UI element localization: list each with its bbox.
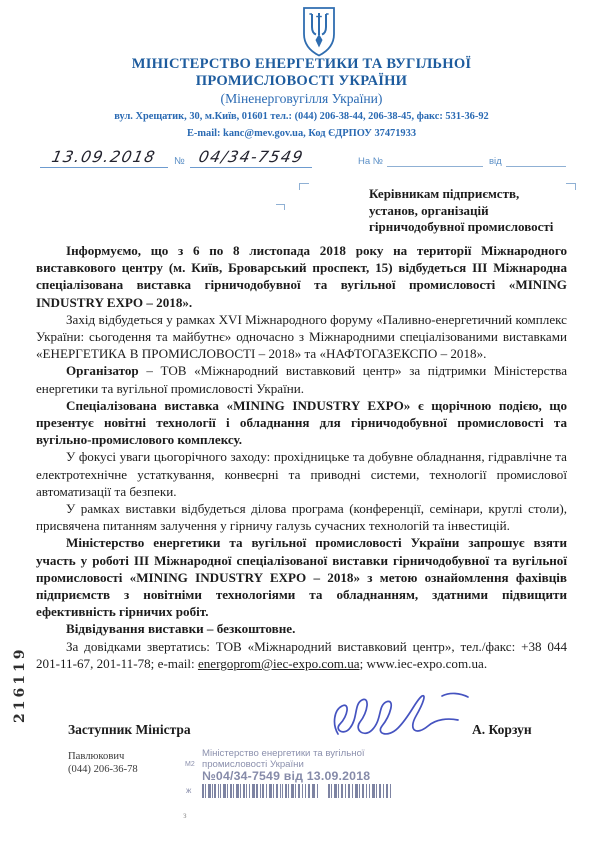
recipient-line: Керівникам підприємств,: [369, 186, 569, 203]
stamp-side-mark: М2: [185, 760, 195, 771]
signer-position: Заступник Міністра: [68, 722, 191, 738]
paragraph-focus: У фокусі уваги цьогорічного заходу: прох…: [36, 448, 567, 500]
ministry-address: вул. Хрещатик, 30, м.Київ, 01601 тел.: (…: [36, 111, 567, 124]
organizer-label: Організатор: [66, 363, 139, 378]
reply-number-blank: [387, 156, 483, 167]
executor-phone: (044) 206-36-78: [68, 763, 138, 776]
ministry-short-name: (Міненерговугілля України): [36, 91, 567, 107]
paragraph-announcement: Інформуємо, що з 6 по 8 листопада 2018 р…: [36, 242, 567, 311]
contacts-period: .: [484, 656, 487, 671]
scan-artifact-mark: з: [183, 810, 187, 820]
barcode-icon: [202, 784, 394, 802]
recipient-line: установ, організацій: [369, 203, 569, 220]
paragraph-contacts: За довідками звертатись: ТОВ «Міжнародни…: [36, 638, 567, 672]
letterhead: МІНІСТЕРСТВО ЕНЕРГЕТИКИ ТА ВУГІЛЬНОЇ ПРО…: [36, 56, 567, 140]
number-label: №: [174, 156, 185, 167]
contact-website: www.iec-expo.com.ua: [366, 656, 483, 671]
recipient-block: Керівникам підприємств, установ, організ…: [369, 186, 569, 236]
ministry-name-line2: ПРОМИСЛОВОСТІ УКРАЇНИ: [36, 73, 567, 90]
registration-stamp: М2 ж Міністерство енергетики та вугільно…: [202, 749, 394, 801]
reply-from-label: від: [489, 156, 502, 167]
contact-email-link[interactable]: energoprom@iec-expo.com.ua: [198, 656, 360, 671]
paragraph-expo-description: Спеціалізована виставка «MINING INDUSTRY…: [36, 397, 567, 449]
paragraph-invitation: Міністерство енергетики та вугільної про…: [36, 534, 567, 620]
ministry-email-line: E-mail: kanc@mev.gov.ua, Код ЄДРПОУ 3747…: [36, 128, 567, 141]
reply-date-blank: [506, 156, 566, 167]
ministry-name-line1: МІНІСТЕРСТВО ЕНЕРГЕТИКИ ТА ВУГІЛЬНОЇ: [36, 56, 567, 73]
paragraph-program: У рамках виставки відбудеться ділова про…: [36, 500, 567, 534]
signer-name: А. Корзун: [472, 722, 532, 738]
reference-row: 13.09.2018 № 04/34-7549 На №від: [36, 144, 567, 170]
paragraph-forum: Захід відбудеться у рамках XVI Міжнародн…: [36, 311, 567, 363]
paragraph-organizer: Організатор – ТОВ «Міжнародний виставков…: [36, 362, 567, 396]
letter-date-field: 13.09.2018: [40, 148, 168, 168]
tryzub-emblem-icon: [301, 7, 337, 57]
recipient-line: гірничодобувної промисловості: [369, 219, 569, 236]
letter-number-value: 04/34-7549: [197, 148, 306, 166]
stamp-number-line: №04/34-7549 від 13.09.2018: [202, 771, 394, 782]
handwritten-signature: [324, 686, 474, 746]
reply-number-label: На №: [358, 156, 383, 167]
letter-body: Інформуємо, що з 6 по 8 листопада 2018 р…: [36, 242, 567, 672]
corner-mark-small-icon: [276, 204, 285, 210]
letter-page: МІНІСТЕРСТВО ЕНЕРГЕТИКИ ТА ВУГІЛЬНОЇ ПРО…: [0, 0, 595, 842]
executor-name: Павлюкович: [68, 750, 138, 763]
margin-registration-number: 216119: [12, 647, 28, 723]
letter-number-field: 04/34-7549: [190, 148, 312, 168]
stamp-org-line: Міністерство енергетики та вугільної: [202, 749, 394, 760]
stamp-glyph-icon: ж: [186, 786, 191, 797]
corner-mark-left-icon: [299, 183, 309, 190]
letter-date-value: 13.09.2018: [50, 148, 158, 166]
reply-reference: На №від: [358, 156, 566, 167]
paragraph-free-entry: Відвідування виставки – безкоштовне.: [36, 620, 567, 637]
executor-block: Павлюкович (044) 206-36-78: [68, 750, 138, 776]
